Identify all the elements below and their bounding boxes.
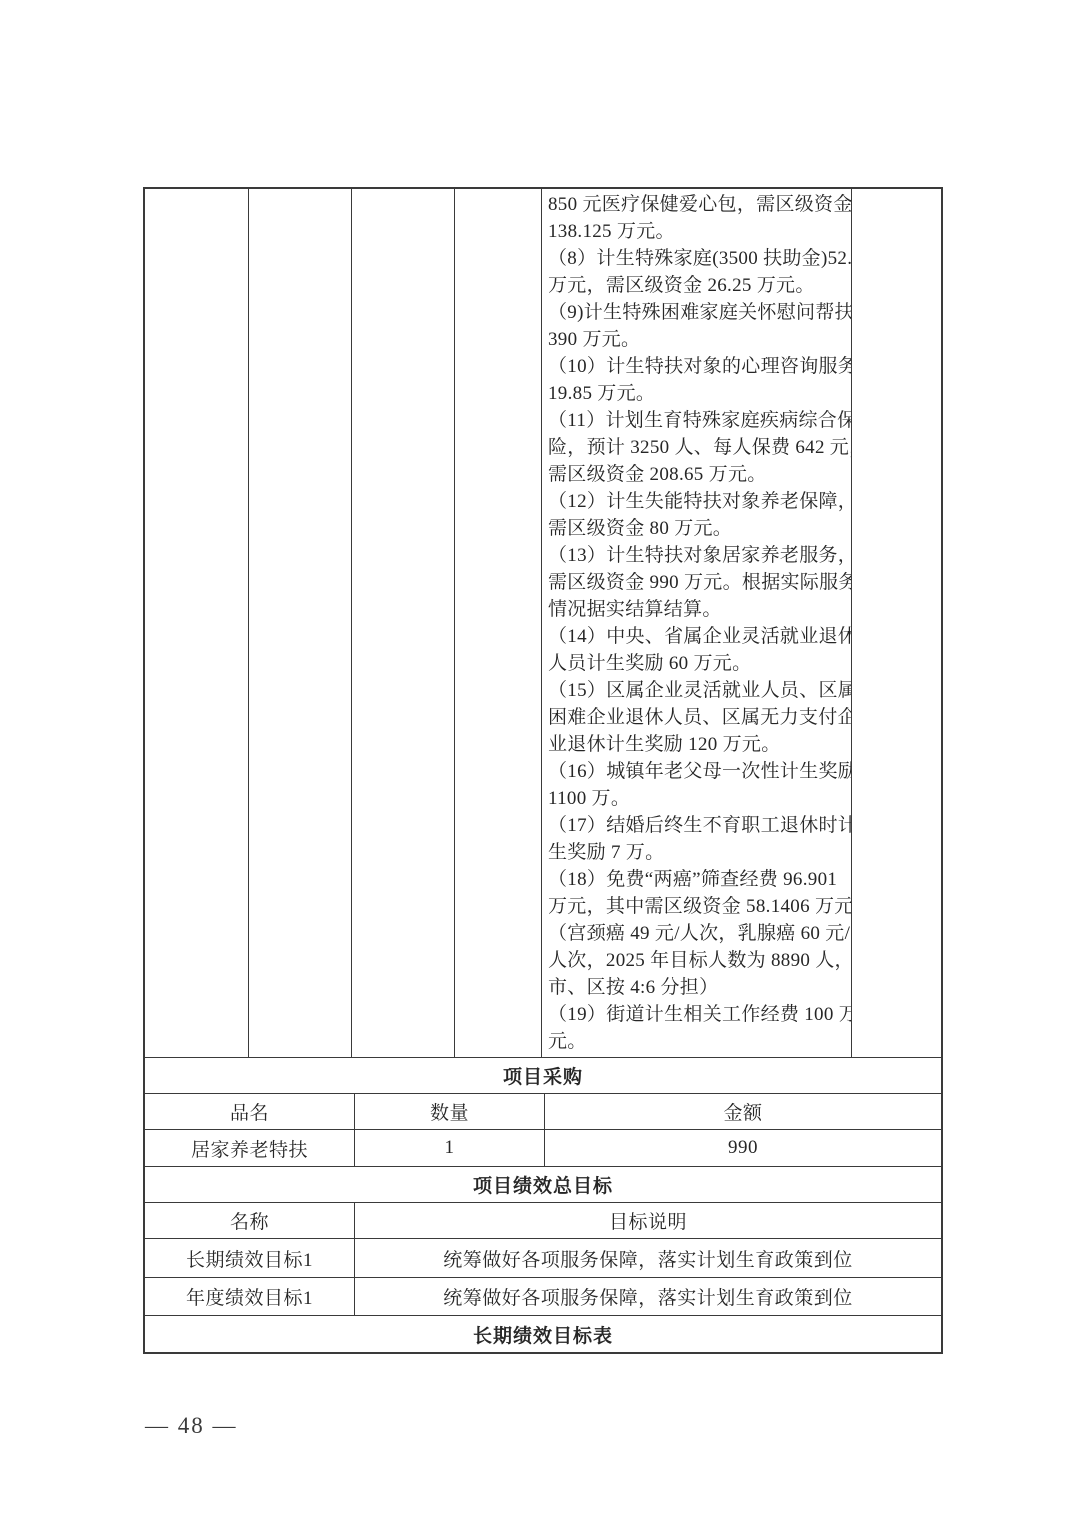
procurement-header-name: 品名 — [145, 1094, 355, 1129]
document-page: 850 元医疗保健爱心包，需区级资金138.125 万元。（8）计生特殊家庭(3… — [0, 0, 1074, 1520]
procurement-data-row: 居家养老特扶 1 990 — [145, 1129, 941, 1166]
text-line: 人次，2025 年目标人数为 8890 人， — [548, 947, 847, 974]
text-line: （12）计生失能特扶对象养老保障， — [548, 488, 847, 515]
text-line: 19.85 万元。 — [548, 380, 847, 407]
text-line: （宫颈癌 49 元/人次，乳腺癌 60 元/ — [548, 920, 847, 947]
longterm-goal-name: 长期绩效目标1 — [145, 1239, 355, 1277]
text-line: 需区级资金 990 万元。根据实际服务 — [548, 569, 847, 596]
budget-performance-table: 850 元医疗保健爱心包，需区级资金138.125 万元。（8）计生特殊家庭(3… — [143, 187, 943, 1354]
text-line: （18）免费“两癌”筛查经费 96.901 — [548, 866, 847, 893]
annual-goal-name: 年度绩效目标1 — [145, 1278, 355, 1315]
text-line: 困难企业退休人员、区属无力支付企 — [548, 704, 847, 731]
procurement-item-name: 居家养老特扶 — [145, 1130, 355, 1166]
text-line: 138.125 万元。 — [548, 218, 847, 245]
procurement-item-amount: 990 — [545, 1130, 941, 1166]
text-line: 万元，需区级资金 26.25 万元。 — [548, 272, 847, 299]
text-line: （17）结婚后终生不育职工退休时计 — [548, 812, 847, 839]
overall-goal-header-row: 名称 目标说明 — [145, 1202, 941, 1238]
text-line: 390 万元。 — [548, 326, 847, 353]
project-detail-text-cell: 850 元医疗保健爱心包，需区级资金138.125 万元。（8）计生特殊家庭(3… — [542, 189, 852, 1057]
text-line: 人员计生奖励 60 万元。 — [548, 650, 847, 677]
text-line: 850 元医疗保健爱心包，需区级资金 — [548, 191, 847, 218]
text-line: 生奖励 7 万。 — [548, 839, 847, 866]
overall-goal-header-name: 名称 — [145, 1203, 355, 1238]
text-line: 需区级资金 80 万元。 — [548, 515, 847, 542]
longterm-goal-row: 长期绩效目标1 统筹做好各项服务保障，落实计划生育政策到位 — [145, 1238, 941, 1277]
overall-goal-section-title: 项目绩效总目标 — [145, 1166, 941, 1202]
overall-goal-header-desc: 目标说明 — [355, 1203, 941, 1238]
annual-goal-row: 年度绩效目标1 统筹做好各项服务保障，落实计划生育政策到位 — [145, 1277, 941, 1315]
text-line: （8）计生特殊家庭(3500 扶助金)52.5 — [548, 245, 847, 272]
text-line: （10）计生特扶对象的心理咨询服务 — [548, 353, 847, 380]
text-line: 元。 — [548, 1028, 847, 1055]
text-line: （15）区属企业灵活就业人员、区属 — [548, 677, 847, 704]
text-line: 需区级资金 208.65 万元。 — [548, 461, 847, 488]
text-line: 市、区按 4:6 分担） — [548, 974, 847, 1001]
text-line: （11）计划生育特殊家庭疾病综合保 — [548, 407, 847, 434]
procurement-section-title: 项目采购 — [145, 1057, 941, 1093]
table-empty-cell-5 — [852, 189, 941, 1057]
text-line: 万元，其中需区级资金 58.1406 万元。 — [548, 893, 847, 920]
text-line: 1100 万。 — [548, 785, 847, 812]
text-line: 险，预计 3250 人、每人保费 642 元， — [548, 434, 847, 461]
text-line: （19）街道计生相关工作经费 100 万 — [548, 1001, 847, 1028]
longterm-goal-desc: 统筹做好各项服务保障，落实计划生育政策到位 — [355, 1239, 941, 1277]
procurement-header-row: 品名 数量 金额 — [145, 1093, 941, 1129]
table-continuation-body: 850 元医疗保健爱心包，需区级资金138.125 万元。（8）计生特殊家庭(3… — [145, 189, 941, 1057]
table-empty-cell-1 — [145, 189, 249, 1057]
table-empty-cell-3 — [352, 189, 455, 1057]
text-line: （14）中央、省属企业灵活就业退休 — [548, 623, 847, 650]
longterm-table-section-title: 长期绩效目标表 — [145, 1315, 941, 1352]
page-number: — 48 — — [145, 1413, 238, 1439]
text-line: （16）城镇年老父母一次性计生奖励 — [548, 758, 847, 785]
annual-goal-desc: 统筹做好各项服务保障，落实计划生育政策到位 — [355, 1278, 941, 1315]
text-line: 业退休计生奖励 120 万元。 — [548, 731, 847, 758]
text-line: （13）计生特扶对象居家养老服务， — [548, 542, 847, 569]
procurement-item-quantity: 1 — [355, 1130, 545, 1166]
table-empty-cell-2 — [249, 189, 352, 1057]
procurement-header-quantity: 数量 — [355, 1094, 545, 1129]
text-line: 情况据实结算结算。 — [548, 596, 847, 623]
text-line: （9)计生特殊困难家庭关怀慰问帮扶 — [548, 299, 847, 326]
table-empty-cell-4 — [455, 189, 542, 1057]
procurement-header-amount: 金额 — [545, 1094, 941, 1129]
